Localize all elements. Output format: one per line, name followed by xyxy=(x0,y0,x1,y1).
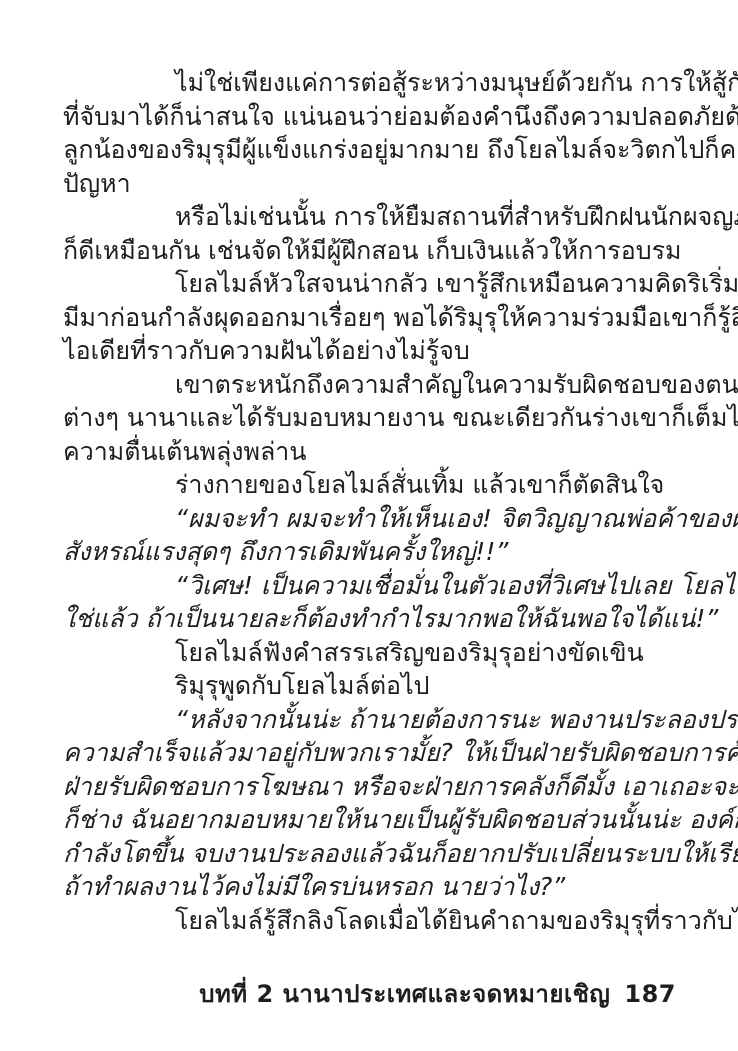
text-line: เขาตระหนักถึงความสำคัญในความรับผิดชอบของ… xyxy=(63,368,678,402)
paragraph: โยลไมล์รู้สึกลิงโลดเมื่อได้ยินคำถามของริ… xyxy=(63,904,678,938)
text-line: โยลไมล์ฟังคำสรรเสริญของริมุรุอย่างขัดเขิ… xyxy=(63,636,678,670)
text-line: กำลังโตขึ้น จบงานประลองแล้วฉันก็อยากปรับ… xyxy=(63,837,678,871)
paragraph: โยลไมล์หัวใสจนน่ากลัว เขารู้สึกเหมือนควา… xyxy=(63,267,678,368)
text-line: ริมุรุพูดกับโยลไมล์ต่อไป xyxy=(63,669,678,703)
page-footer: บทที่ 2 นานาประเทศและจดหมายเชิญ187 xyxy=(164,944,676,1045)
paragraph: ร่างกายของโยลไมล์สั่นเทิ้ม แล้วเขาก็ตัดส… xyxy=(63,468,678,502)
text-line: ลูกน้องของริมุรุมีผู้แข็งแกร่งอยู่มากมาย… xyxy=(63,133,678,167)
text-line: ความตื่นเต้นพลุ่งพล่าน xyxy=(63,435,678,469)
text-line: ไอเดียที่ราวกับความฝันได้อย่างไม่รู้จบ xyxy=(63,334,678,368)
text-line: “ผมจะทำ ผมจะทำให้เห็นเอง! จิตวิญญาณพ่อค้… xyxy=(63,502,678,536)
text-line: ก็ดีเหมือนกัน เช่นจัดให้มีผู้ฝึกสอน เก็บ… xyxy=(63,234,678,268)
chapter-footer-label: บทที่ 2 นานาประเทศและจดหมายเชิญ xyxy=(199,980,610,1008)
paragraph: ริมุรุพูดกับโยลไมล์ต่อไป xyxy=(63,669,678,703)
page-number: 187 xyxy=(624,980,676,1008)
paragraph: เขาตระหนักถึงความสำคัญในความรับผิดชอบของ… xyxy=(63,368,678,469)
text-line: ร่างกายของโยลไมล์สั่นเทิ้ม แล้วเขาก็ตัดส… xyxy=(63,468,678,502)
page-text: ไม่ใช่เพียงแค่การต่อสู้ระหว่างมนุษย์ด้วย… xyxy=(63,66,678,937)
book-page: ไม่ใช่เพียงแค่การต่อสู้ระหว่างมนุษย์ด้วย… xyxy=(0,0,738,1051)
text-line: โยลไมล์หัวใสจนน่ากลัว เขารู้สึกเหมือนควา… xyxy=(63,267,678,301)
text-line: ก็ช่าง ฉันอยากมอบหมายให้นายเป็นผู้รับผิด… xyxy=(63,803,678,837)
text-line: สังหรณ์แรงสุดๆ ถึงการเดิมพันครั้งใหญ่!!” xyxy=(63,535,678,569)
text-line: หรือไม่เช่นนั้น การให้ยืมสถานที่สำหรับฝึ… xyxy=(63,200,678,234)
text-line: ต่างๆ นานาและได้รับมอบหมายงาน ขณะเดียวกั… xyxy=(63,401,678,435)
paragraph: ไม่ใช่เพียงแค่การต่อสู้ระหว่างมนุษย์ด้วย… xyxy=(63,66,678,200)
text-line: ถ้าทำผลงานไว้คงไม่มีใครบ่นหรอก นายว่าไง?… xyxy=(63,870,678,904)
text-line: “หลังจากนั้นน่ะ ถ้านายต้องการนะ พองานประ… xyxy=(63,703,678,737)
dialogue-paragraph: “วิเศษ! เป็นความเชื่อมั่นในตัวเองที่วิเศ… xyxy=(63,569,678,636)
dialogue-paragraph: “ผมจะทำ ผมจะทำให้เห็นเอง! จิตวิญญาณพ่อค้… xyxy=(63,502,678,569)
text-line: โยลไมล์รู้สึกลิงโลดเมื่อได้ยินคำถามของริ… xyxy=(63,904,678,938)
text-line: ไม่ใช่เพียงแค่การต่อสู้ระหว่างมนุษย์ด้วย… xyxy=(63,66,678,100)
dialogue-paragraph: “หลังจากนั้นน่ะ ถ้านายต้องการนะ พองานประ… xyxy=(63,703,678,904)
paragraph: โยลไมล์ฟังคำสรรเสริญของริมุรุอย่างขัดเขิ… xyxy=(63,636,678,670)
text-line: ใช่แล้ว ถ้าเป็นนายละก็ต้องทำกำไรมากพอให้… xyxy=(63,602,678,636)
text-line: ฝ่ายรับผิดชอบการโฆษณา หรือจะฝ่ายการคลังก… xyxy=(63,770,678,804)
text-line: มีมาก่อนกำลังผุดออกมาเรื่อยๆ พอได้ริมุรุ… xyxy=(63,301,678,335)
text-line: ที่จับมาได้ก็น่าสนใจ แน่นอนว่าย่อมต้องคำ… xyxy=(63,100,678,134)
text-line: ความสำเร็จแล้วมาอยู่กับพวกเรามั้ย? ให้เป… xyxy=(63,736,678,770)
paragraph: หรือไม่เช่นนั้น การให้ยืมสถานที่สำหรับฝึ… xyxy=(63,200,678,267)
text-line: “วิเศษ! เป็นความเชื่อมั่นในตัวเองที่วิเศ… xyxy=(63,569,678,603)
text-line: ปัญหา xyxy=(63,167,678,201)
